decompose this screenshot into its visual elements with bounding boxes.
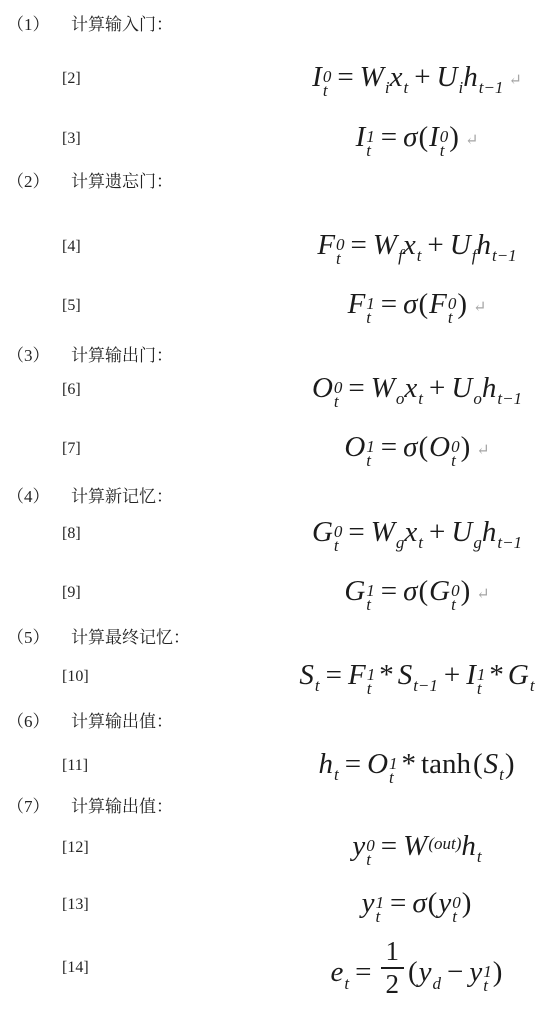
- math-variable: O1t: [344, 431, 374, 463]
- math-variable: Ug: [451, 516, 481, 548]
- section-number: （4）: [7, 482, 50, 507]
- math-subscript: t: [334, 395, 343, 409]
- math-subscript: d: [433, 974, 442, 993]
- math-subscript: t: [366, 311, 375, 325]
- math-variable: yd: [419, 956, 441, 988]
- math-operator: +: [444, 659, 460, 691]
- formula-row: [12]y0t=W(out)ht: [0, 829, 539, 875]
- paragraph-return-icon: ↵: [465, 132, 478, 149]
- formula-equation: G1t=σ(G0t)↵: [295, 574, 539, 612]
- math-subscript: t: [334, 539, 343, 553]
- math-base: U: [437, 61, 458, 93]
- math-supsub: 1t: [366, 297, 375, 325]
- math-base: h: [482, 372, 497, 404]
- math-base: U: [451, 372, 472, 404]
- formula-row: [10]St=F1t*St−1+I1t*Gt: [0, 658, 539, 704]
- section-title: 计算输出门：: [71, 341, 173, 366]
- formula-row: [7]O1t=σ(O0t)↵: [0, 430, 539, 476]
- math-text: (: [418, 121, 428, 153]
- math-base: S: [398, 659, 413, 691]
- math-supsub: 0t: [452, 896, 461, 924]
- math-subscript: t: [477, 682, 486, 696]
- math-variable: σ: [403, 575, 417, 607]
- math-variable: xt: [403, 229, 422, 261]
- math-supsub: 0t: [448, 297, 457, 325]
- math-variable: O0t: [312, 372, 342, 404]
- math-base: h: [482, 516, 497, 548]
- math-supsub: 0t: [323, 70, 332, 98]
- math-base: σ: [403, 575, 417, 607]
- math-base: S: [484, 748, 499, 780]
- math-base: x: [390, 61, 403, 93]
- section-title: 计算输入门：: [71, 10, 173, 35]
- math-supsub: 0t: [451, 440, 460, 468]
- math-subscript: t: [477, 847, 482, 866]
- math-variable: y1t: [469, 956, 491, 988]
- math-text: ): [449, 121, 459, 153]
- math-base: W: [403, 830, 427, 862]
- section-heading: （4）计算新记忆：: [0, 482, 539, 506]
- math-supsub: 1t: [366, 440, 375, 468]
- math-supsub: 1t: [367, 668, 376, 696]
- math-subscript: t−1: [492, 246, 517, 265]
- math-base: W: [371, 516, 395, 548]
- math-variable: xt: [390, 61, 409, 93]
- fraction-numerator: 1: [381, 938, 405, 969]
- math-subscript: t: [323, 84, 332, 98]
- math-operator: =: [381, 288, 397, 320]
- section-heading: （2）计算遗忘门：: [0, 167, 539, 191]
- formula-label: [7]: [62, 440, 81, 458]
- math-variable: Uo: [451, 372, 481, 404]
- math-supsub: 1t: [477, 668, 486, 696]
- math-base: O: [344, 431, 365, 463]
- math-supsub: 0t: [334, 525, 343, 553]
- math-subscript: t: [483, 979, 492, 993]
- math-text: (: [428, 887, 438, 919]
- math-variable: St: [299, 659, 319, 691]
- math-text: ): [462, 887, 472, 919]
- math-base: x: [404, 372, 417, 404]
- section-title: 计算输出值：: [71, 707, 173, 732]
- math-base: W: [371, 372, 395, 404]
- section-heading: （1）计算输入门：: [0, 10, 539, 34]
- math-operator: =: [326, 659, 342, 691]
- formula-label: [4]: [62, 238, 81, 256]
- math-supsub: 0t: [336, 238, 345, 266]
- math-subscript: t: [417, 246, 422, 265]
- formula-label: [5]: [62, 297, 81, 315]
- formula-equation: ht=O1t*tanh(St): [295, 747, 539, 785]
- paragraph-return-icon: ↵: [508, 72, 521, 89]
- math-variable: G1t: [344, 575, 374, 607]
- math-base: G: [312, 516, 333, 548]
- math-base: W: [360, 61, 384, 93]
- math-variable: ht−1: [482, 516, 522, 548]
- math-base: x: [404, 516, 417, 548]
- math-variable: ht−1: [482, 372, 522, 404]
- math-subscript: t: [366, 853, 375, 867]
- formula-label: [9]: [62, 584, 81, 602]
- math-base: σ: [412, 887, 426, 919]
- math-text: (: [473, 748, 483, 780]
- math-subscript: t: [530, 676, 535, 695]
- section-number: （1）: [7, 10, 50, 35]
- math-supsub: 0t: [451, 584, 460, 612]
- math-variable: W(out): [403, 830, 461, 862]
- math-variable: Wi: [360, 61, 390, 93]
- math-variable: y0t: [352, 830, 374, 862]
- math-supsub: 1t: [483, 965, 492, 993]
- math-subscript: g: [473, 533, 482, 552]
- math-base: F: [317, 229, 335, 261]
- math-subscript: t: [344, 974, 349, 993]
- math-base: σ: [403, 288, 417, 320]
- math-variable: σ: [412, 887, 426, 919]
- formula-row: [3]I1t=σ(I0t)↵: [0, 120, 539, 166]
- formula-label: [11]: [62, 757, 88, 775]
- formula-label: [14]: [62, 959, 89, 977]
- math-base: σ: [403, 121, 417, 153]
- section-heading: （5）计算最终记忆：: [0, 623, 539, 647]
- math-base: x: [403, 229, 416, 261]
- math-variable: ht−1: [476, 229, 516, 261]
- math-variable: Gt: [508, 659, 535, 691]
- math-base: F: [429, 288, 447, 320]
- math-supsub: 1t: [389, 757, 398, 785]
- math-variable: F0t: [317, 229, 344, 261]
- formula-row: [6]O0t=Woxt+Uoht−1: [0, 371, 539, 417]
- math-operator: =: [381, 575, 397, 607]
- math-superscript: (out): [428, 834, 461, 853]
- math-subscript: t: [366, 454, 375, 468]
- math-base: O: [312, 372, 333, 404]
- formula-label: [6]: [62, 381, 81, 399]
- paragraph-return-icon: ↵: [476, 442, 489, 459]
- math-supsub: 0t: [366, 839, 375, 867]
- math-operator: =: [381, 121, 397, 153]
- math-variable: I0t: [429, 121, 448, 153]
- math-base: I: [312, 61, 322, 93]
- math-variable: Wf: [373, 229, 403, 261]
- section-number: （3）: [7, 341, 50, 366]
- section-title: 计算最终记忆：: [71, 623, 190, 648]
- formula-label: [3]: [62, 130, 81, 148]
- math-base: e: [331, 956, 344, 988]
- math-variable: y0t: [438, 887, 460, 919]
- math-subscript: t: [452, 910, 461, 924]
- formula-row: [14]et=12(yd−y1t): [0, 938, 539, 1008]
- math-subscript: t: [375, 910, 384, 924]
- formula-row: [2]I0t=Wixt+Uiht−1↵: [0, 60, 539, 106]
- math-base: I: [466, 659, 476, 691]
- math-supsub: 1t: [375, 896, 384, 924]
- formula-equation: O1t=σ(O0t)↵: [295, 430, 539, 468]
- section-heading: （7）计算输出值：: [0, 792, 539, 816]
- math-base: y: [469, 956, 482, 988]
- math-operator: =: [345, 748, 361, 780]
- math-text: ): [461, 431, 471, 463]
- math-variable: Wo: [371, 372, 405, 404]
- math-text: tanh: [421, 748, 471, 780]
- math-base: h: [318, 748, 333, 780]
- formula-row: [5]F1t=σ(F0t)↵: [0, 287, 539, 333]
- math-base: F: [348, 288, 366, 320]
- paragraph-return-icon: ↵: [476, 586, 489, 603]
- section-heading: （6）计算输出值：: [0, 707, 539, 731]
- math-variable: St: [484, 748, 504, 780]
- math-base: σ: [403, 431, 417, 463]
- math-variable: σ: [403, 121, 417, 153]
- math-base: F: [348, 659, 366, 691]
- math-text: (: [418, 288, 428, 320]
- section-title: 计算遗忘门：: [71, 167, 173, 192]
- formula-label: [13]: [62, 896, 89, 914]
- math-subscript: t: [451, 598, 460, 612]
- math-subscript: t: [440, 144, 449, 158]
- math-variable: ht: [318, 748, 338, 780]
- math-base: I: [429, 121, 439, 153]
- math-base: U: [450, 229, 471, 261]
- math-base: y: [438, 887, 451, 919]
- math-subscript: o: [473, 389, 482, 408]
- math-variable: O1t: [367, 748, 397, 780]
- math-subscript: t: [451, 454, 460, 468]
- math-base: y: [419, 956, 432, 988]
- math-variable: St−1: [398, 659, 438, 691]
- formula-label: [2]: [62, 70, 81, 88]
- math-text: (: [418, 431, 428, 463]
- math-subscript: t: [315, 676, 320, 695]
- math-subscript: t: [403, 78, 408, 97]
- formula-equation: y1t=σ(y0t): [295, 886, 539, 924]
- math-variable: ht−1: [463, 61, 503, 93]
- math-subscript: t−1: [479, 78, 504, 97]
- formula-label: [8]: [62, 525, 81, 543]
- section-number: （2）: [7, 167, 50, 192]
- math-variable: I0t: [312, 61, 331, 93]
- math-text: ): [493, 956, 503, 988]
- math-variable: I1t: [356, 121, 375, 153]
- formula-equation: G0t=Wgxt+Ught−1: [295, 515, 539, 553]
- math-variable: xt: [404, 372, 423, 404]
- fraction-denominator: 2: [381, 969, 405, 998]
- math-text: ): [461, 575, 471, 607]
- math-variable: G0t: [429, 575, 459, 607]
- math-operator: =: [351, 229, 367, 261]
- math-base: U: [451, 516, 472, 548]
- math-operator: +: [414, 61, 430, 93]
- math-variable: G0t: [312, 516, 342, 548]
- math-operator: =: [381, 830, 397, 862]
- formula-equation: O0t=Woxt+Uoht−1: [295, 371, 539, 409]
- math-base: G: [344, 575, 365, 607]
- math-subscript: t: [366, 598, 375, 612]
- math-operator: *: [489, 659, 504, 691]
- math-text: ): [505, 748, 515, 780]
- math-base: O: [429, 431, 450, 463]
- math-base: S: [299, 659, 314, 691]
- math-subscript: t: [418, 389, 423, 408]
- math-operator: =: [390, 887, 406, 919]
- math-base: y: [352, 830, 365, 862]
- math-base: G: [429, 575, 450, 607]
- math-supsub: 0t: [334, 381, 343, 409]
- math-subscript: t: [389, 771, 398, 785]
- math-subscript: t−1: [413, 676, 438, 695]
- math-supsub: 1t: [366, 584, 375, 612]
- math-variable: et: [331, 956, 350, 988]
- formula-row: [4]F0t=Wfxt+Ufht−1: [0, 228, 539, 274]
- math-operator: =: [348, 372, 364, 404]
- math-fraction: 12: [381, 938, 405, 998]
- math-base: G: [508, 659, 529, 691]
- paragraph-return-icon: ↵: [473, 299, 486, 316]
- math-variable: F1t: [348, 659, 375, 691]
- math-subscript: t: [418, 533, 423, 552]
- math-operator: =: [348, 516, 364, 548]
- math-base: W: [373, 229, 397, 261]
- section-title: 计算新记忆：: [71, 482, 173, 507]
- formula-row: [8]G0t=Wgxt+Ught−1: [0, 515, 539, 561]
- formula-equation: F0t=Wfxt+Ufht−1: [295, 228, 539, 266]
- formula-row: [11]ht=O1t*tanh(St): [0, 747, 539, 793]
- math-subscript: t−1: [497, 389, 522, 408]
- math-base: I: [356, 121, 366, 153]
- math-variable: xt: [404, 516, 423, 548]
- math-variable: F0t: [429, 288, 456, 320]
- math-subscript: t: [336, 252, 345, 266]
- math-operator: −: [447, 956, 463, 988]
- formula-equation: y0t=W(out)ht: [295, 829, 539, 867]
- math-variable: σ: [403, 431, 417, 463]
- math-subscript: t: [367, 682, 376, 696]
- formula-equation: et=12(yd−y1t): [295, 938, 539, 998]
- formula-equation: St=F1t*St−1+I1t*Gt: [295, 658, 539, 696]
- math-operator: *: [379, 659, 394, 691]
- math-operator: +: [429, 516, 445, 548]
- formula-equation: I0t=Wixt+Uiht−1↵: [295, 60, 539, 98]
- formula-equation: F1t=σ(F0t)↵: [295, 287, 539, 325]
- section-title: 计算输出值：: [71, 792, 173, 817]
- math-subscript: t: [334, 765, 339, 784]
- math-variable: F1t: [348, 288, 375, 320]
- math-operator: =: [381, 431, 397, 463]
- math-base: h: [476, 229, 491, 261]
- math-base: y: [362, 887, 375, 919]
- math-text: (: [418, 575, 428, 607]
- math-subscript: t: [499, 765, 504, 784]
- math-operator: =: [337, 61, 353, 93]
- math-base: O: [367, 748, 388, 780]
- formula-row: [9]G1t=σ(G0t)↵: [0, 574, 539, 620]
- formula-row: [13]y1t=σ(y0t): [0, 886, 539, 932]
- math-base: h: [461, 830, 476, 862]
- math-subscript: t: [448, 311, 457, 325]
- math-operator: =: [355, 956, 371, 988]
- formula-equation: I1t=σ(I0t)↵: [295, 120, 539, 158]
- math-variable: σ: [403, 288, 417, 320]
- math-variable: Ui: [437, 61, 464, 93]
- math-text: ): [457, 288, 467, 320]
- math-subscript: t: [366, 144, 375, 158]
- math-operator: *: [402, 748, 417, 780]
- section-heading: （3）计算输出门：: [0, 341, 539, 365]
- math-variable: ht: [461, 830, 481, 862]
- math-text: (: [408, 956, 418, 988]
- math-variable: y1t: [362, 887, 384, 919]
- math-subscript: t−1: [497, 533, 522, 552]
- math-supsub: 0t: [440, 130, 449, 158]
- math-variable: Wg: [371, 516, 405, 548]
- formula-label: [10]: [62, 668, 89, 686]
- formula-label: [12]: [62, 839, 89, 857]
- math-operator: +: [427, 229, 443, 261]
- math-operator: +: [429, 372, 445, 404]
- document: （1）计算输入门：[2]I0t=Wixt+Uiht−1↵[3]I1t=σ(I0t…: [0, 0, 539, 1016]
- section-number: （6）: [7, 707, 50, 732]
- section-number: （5）: [7, 623, 50, 648]
- math-base: h: [463, 61, 478, 93]
- math-variable: I1t: [466, 659, 485, 691]
- math-supsub: 1t: [366, 130, 375, 158]
- section-number: （7）: [7, 792, 50, 817]
- math-variable: Uf: [450, 229, 477, 261]
- math-variable: O0t: [429, 431, 459, 463]
